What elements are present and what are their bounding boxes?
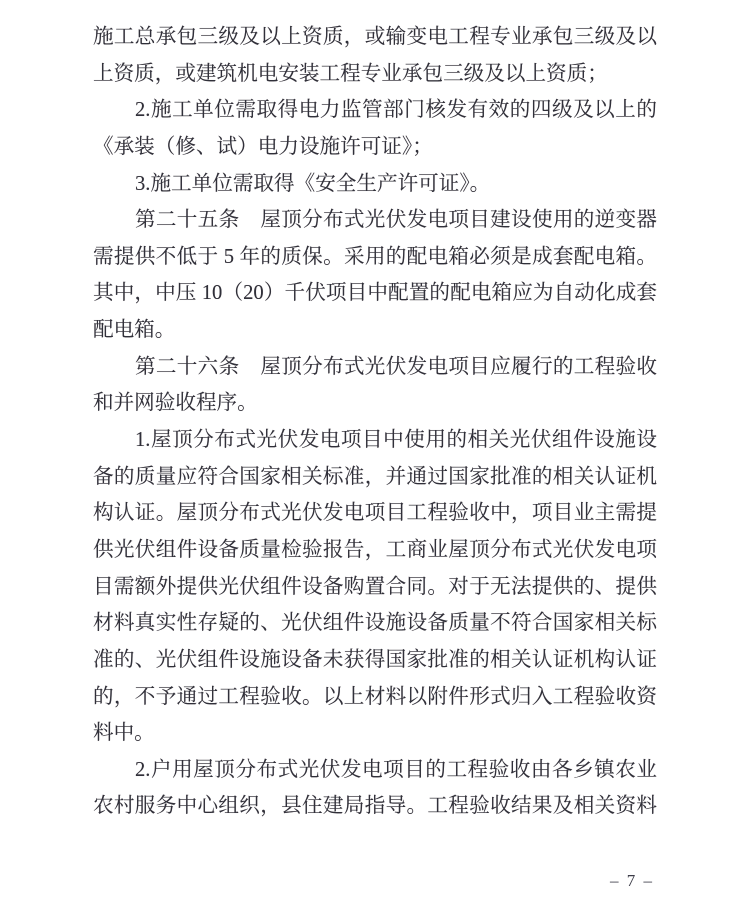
text-line: 2.施工单位需取得电力监管部门核发有效的四级及以上的 (93, 92, 657, 129)
text-line: 施工总承包三级及以上资质，或输变电工程专业承包三级及以 (93, 19, 657, 56)
page-number: – 7 – (600, 871, 664, 891)
text-line: 3.施工单位需取得《安全生产许可证》。 (93, 166, 657, 203)
text-line: 目需额外提供光伏组件设备购置合同。对于无法提供的、提供 (93, 569, 657, 606)
text-line: 第二十六条 屋顶分布式光伏发电项目应履行的工程验收 (93, 349, 657, 386)
text-line: 上资质，或建筑机电安装工程专业承包三级及以上资质； (93, 56, 657, 93)
document-page: 施工总承包三级及以上资质，或输变电工程专业承包三级及以上资质，或建筑机电安装工程… (0, 0, 746, 908)
text-line: 2.户用屋顶分布式光伏发电项目的工程验收由各乡镇农业 (93, 752, 657, 789)
text-line: 材料真实性存疑的、光伏组件设施设备质量不符合国家相关标 (93, 605, 657, 642)
text-line: 农村服务中心组织，县住建局指导。工程验收结果及相关资料 (93, 788, 657, 825)
text-line: 备的质量应符合国家相关标准，并通过国家批准的相关认证机 (93, 459, 657, 496)
text-line: 供光伏组件设备质量检验报告，工商业屋顶分布式光伏发电项 (93, 532, 657, 569)
document-text-block: 施工总承包三级及以上资质，或输变电工程专业承包三级及以上资质，或建筑机电安装工程… (93, 19, 657, 825)
text-line: 第二十五条 屋顶分布式光伏发电项目建设使用的逆变器 (93, 202, 657, 239)
text-line: 料中。 (93, 715, 657, 752)
text-line: 和并网验收程序。 (93, 385, 657, 422)
text-line: 需提供不低于 5 年的质保。采用的配电箱必须是成套配电箱。 (93, 239, 657, 276)
text-line: 其中，中压 10（20）千伏项目中配置的配电箱应为自动化成套 (93, 275, 657, 312)
text-line: 《承装（修、试）电力设施许可证》； (93, 129, 657, 166)
text-line: 准的、光伏组件设施设备未获得国家批准的相关认证机构认证 (93, 642, 657, 679)
text-line: 配电箱。 (93, 312, 657, 349)
text-line: 构认证。屋顶分布式光伏发电项目工程验收中，项目业主需提 (93, 495, 657, 532)
text-line: 的，不予通过工程验收。以上材料以附件形式归入工程验收资 (93, 679, 657, 716)
text-line: 1.屋顶分布式光伏发电项目中使用的相关光伏组件设施设 (93, 422, 657, 459)
